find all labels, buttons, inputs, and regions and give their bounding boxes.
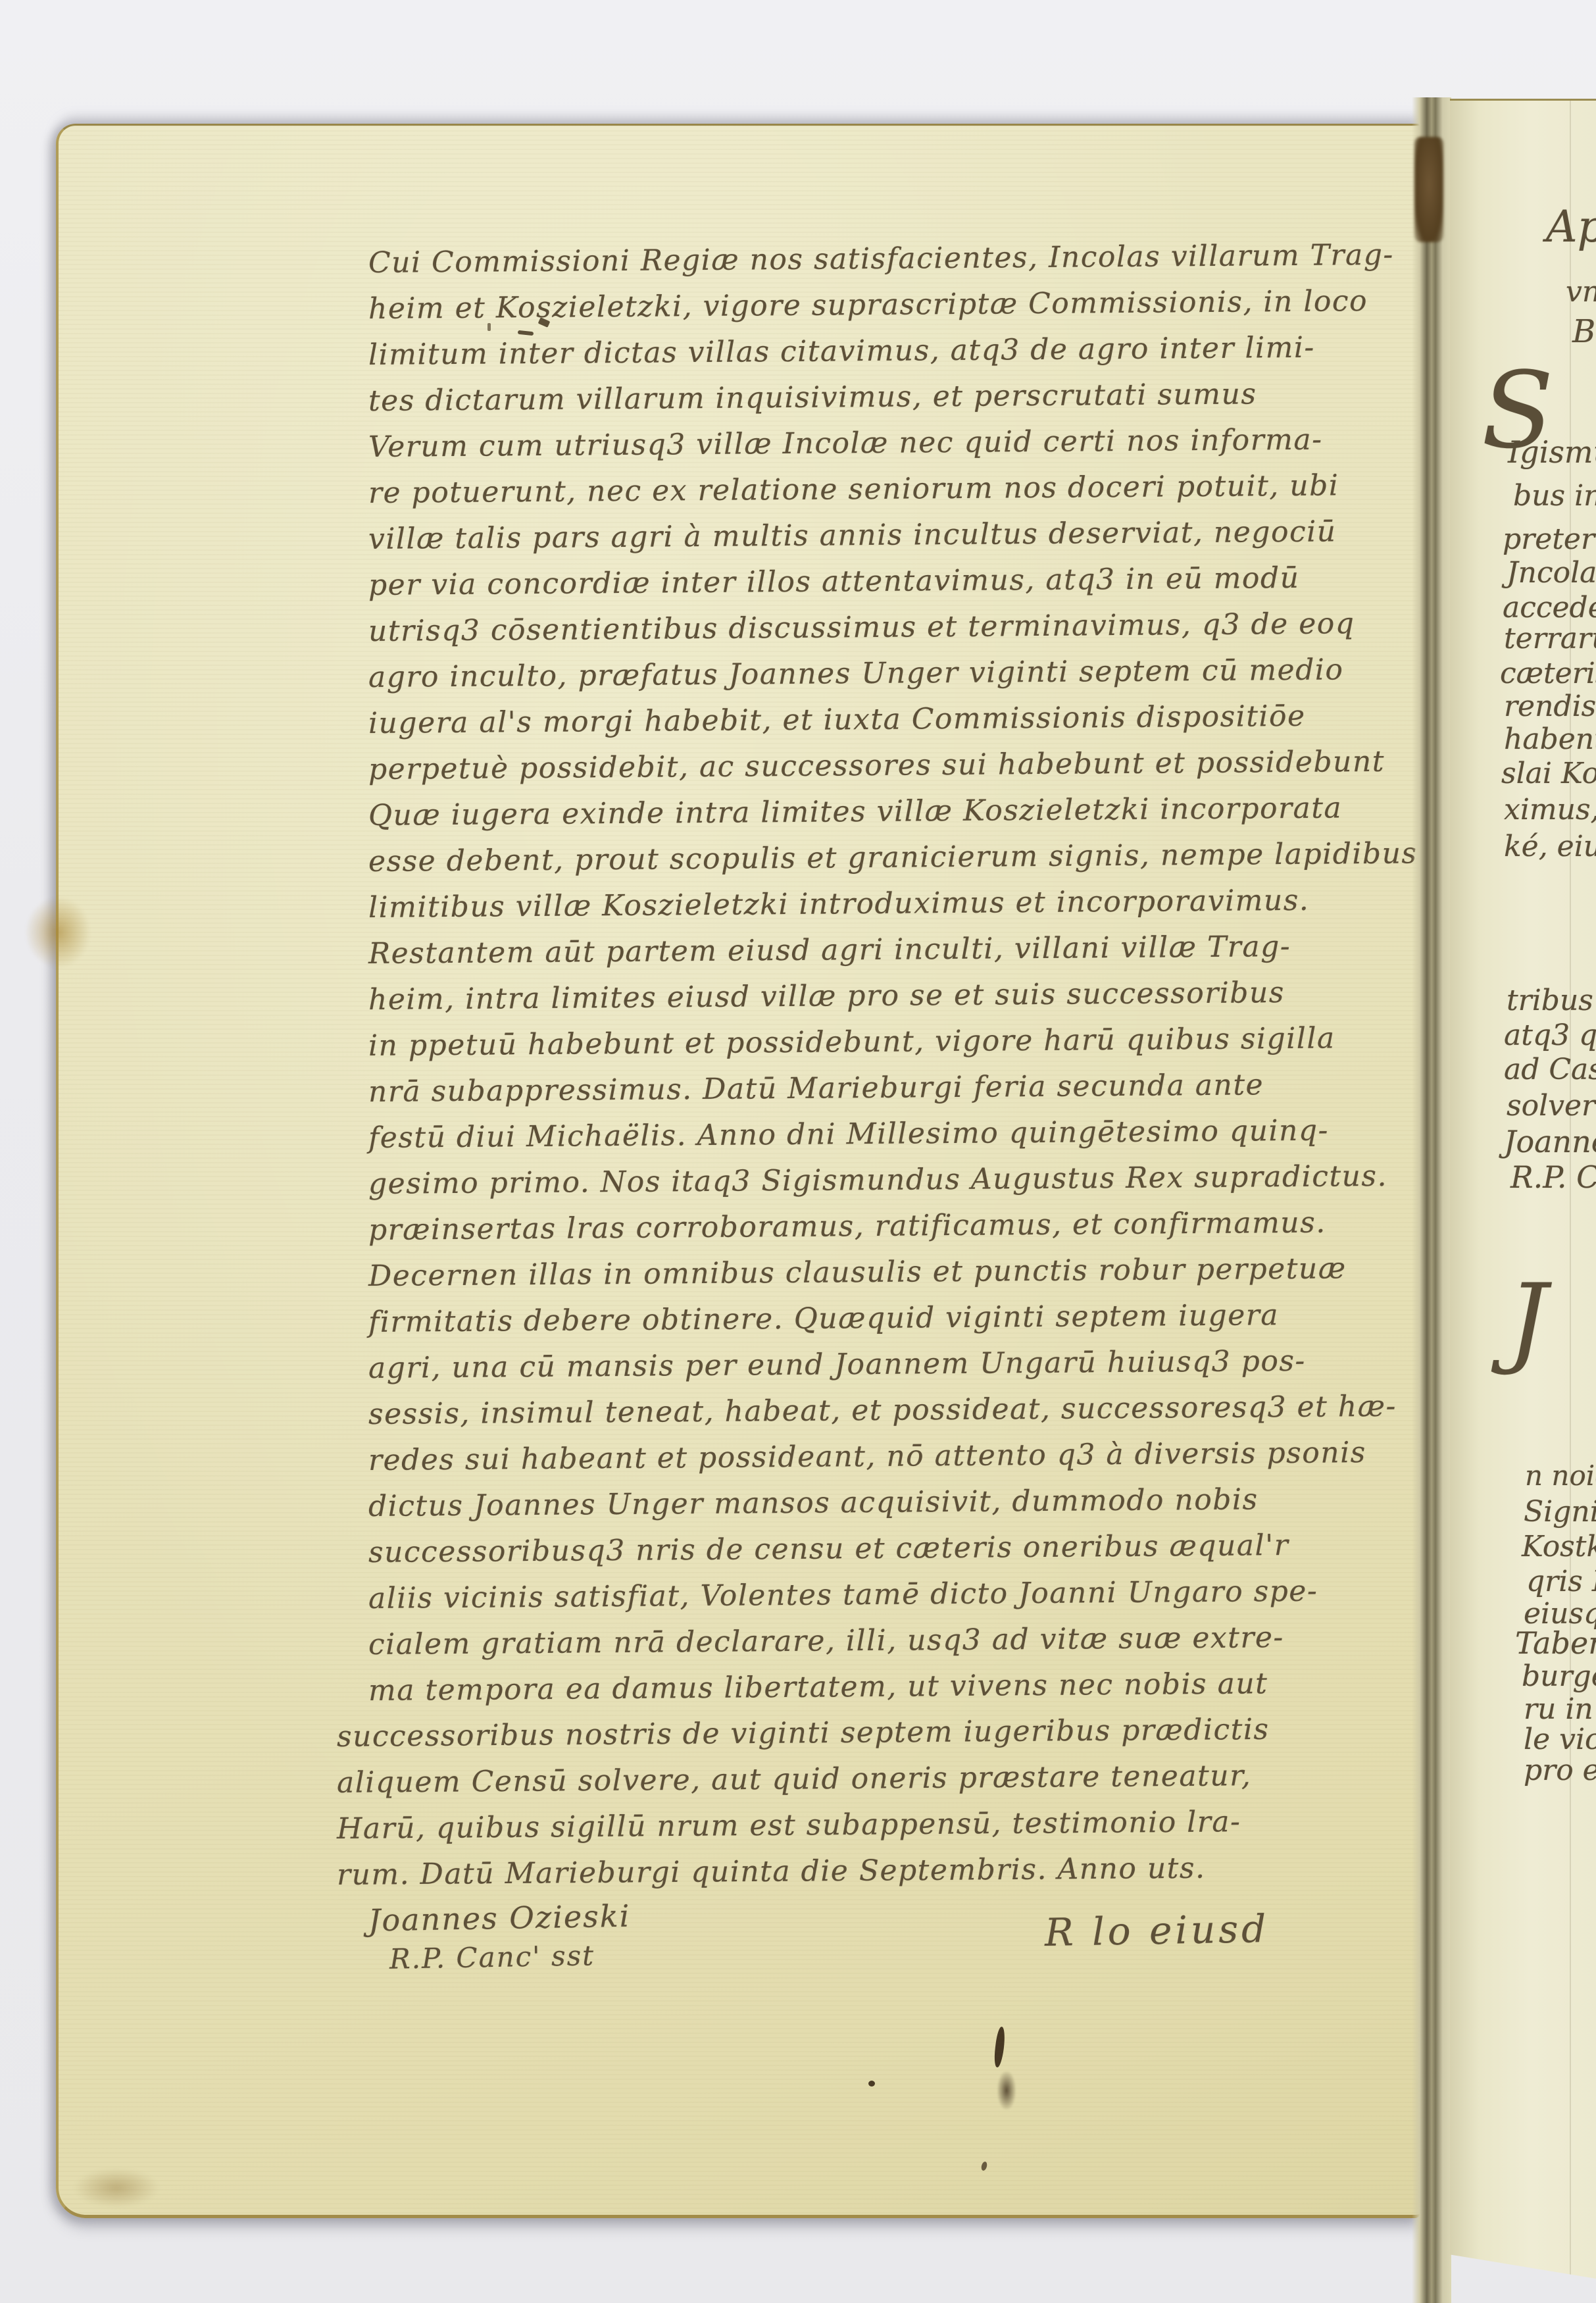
margin-fragment: bus in villa	[1513, 479, 1596, 513]
manuscript-line: dictus Joannes Unger mansos acquisivit, …	[368, 1482, 1259, 1523]
margin-fragment: solverunt	[1507, 1089, 1596, 1123]
manuscript-line: ma tempora ea damus libertatem, ut viven…	[368, 1667, 1268, 1708]
margin-fragment: pro ea	[1524, 1754, 1596, 1787]
margin-fragment: accedente	[1503, 591, 1596, 624]
margin-fragment: Kostka de	[1522, 1530, 1596, 1563]
margin-fragment: ké, eiusq3	[1504, 830, 1596, 863]
margin-fragment: ru in v	[1524, 1692, 1596, 1726]
signature-title: R.P. Canc' sst	[389, 1939, 595, 1975]
margin-fragment: Ba	[1572, 313, 1596, 350]
book-gutter	[1412, 97, 1451, 2303]
margin-fragment: slai Kostka	[1501, 757, 1596, 790]
margin-fragment: Joannes	[1504, 1124, 1596, 1159]
margin-fragment: atq3 quiete	[1504, 1019, 1596, 1052]
manuscript-line: aliquem Censū solvere, aut quid oneris p…	[337, 1759, 1252, 1800]
margin-fragment: Taberna	[1515, 1625, 1596, 1661]
ink-blot	[997, 2071, 1016, 2110]
margin-fragment: le vicin	[1524, 1723, 1596, 1756]
paper-stain	[25, 896, 91, 969]
margin-fragment: tribus in p	[1507, 984, 1596, 1017]
ink-speck	[868, 2081, 875, 2087]
margin-fragment: vn	[1566, 275, 1596, 309]
margin-fragment: habentes r	[1504, 722, 1596, 756]
manuscript-line: nrā subappressimus. Datū Marieburgi feri…	[368, 1068, 1264, 1109]
margin-fragment: terraru P	[1504, 622, 1596, 655]
margin-fragment: Jncolaru	[1507, 556, 1596, 590]
stray-ink-mark	[518, 330, 534, 336]
margin-fragment: Significa	[1524, 1495, 1596, 1529]
margin-fragment: Igismundus	[1508, 434, 1596, 470]
margin-fragment: ad Castru	[1504, 1053, 1596, 1086]
manuscript-line: tes dictarum villarum inquisivimus, et p…	[368, 377, 1257, 418]
manuscript-line: Harū, quibus sigillū nrum est subappensū…	[337, 1805, 1241, 1846]
margin-fragment: n noie dm	[1525, 1459, 1596, 1492]
margin-fragment: J	[1508, 1263, 1547, 1378]
manuscript-line: rum. Datū Marieburgi quinta die Septembr…	[337, 1852, 1206, 1892]
margin-fragment: burgeu	[1522, 1659, 1596, 1693]
manuscript-line: firmitatis debere obtinere. Quæquid vigi…	[368, 1298, 1279, 1339]
registration-mark: R lo eiusd	[1044, 1906, 1269, 1955]
manuscript-line: cialem gratiam nrā declarare, illi, usq3…	[368, 1621, 1284, 1661]
margin-fragment: preter Pch	[1503, 522, 1596, 556]
margin-fragment: App	[1546, 201, 1596, 252]
margin-fragment: cæteris Jn	[1500, 657, 1596, 690]
binding-knot	[1414, 137, 1443, 242]
margin-fragment: qris M	[1526, 1565, 1596, 1598]
margin-fragment: R.P. Cā	[1510, 1159, 1596, 1195]
signature-name: Joannes Ozieski	[368, 1898, 631, 1938]
margin-fragment: ximus, pr	[1504, 793, 1596, 826]
margin-fragment: rendis lab	[1504, 690, 1596, 723]
paper-stain	[74, 2168, 159, 2208]
